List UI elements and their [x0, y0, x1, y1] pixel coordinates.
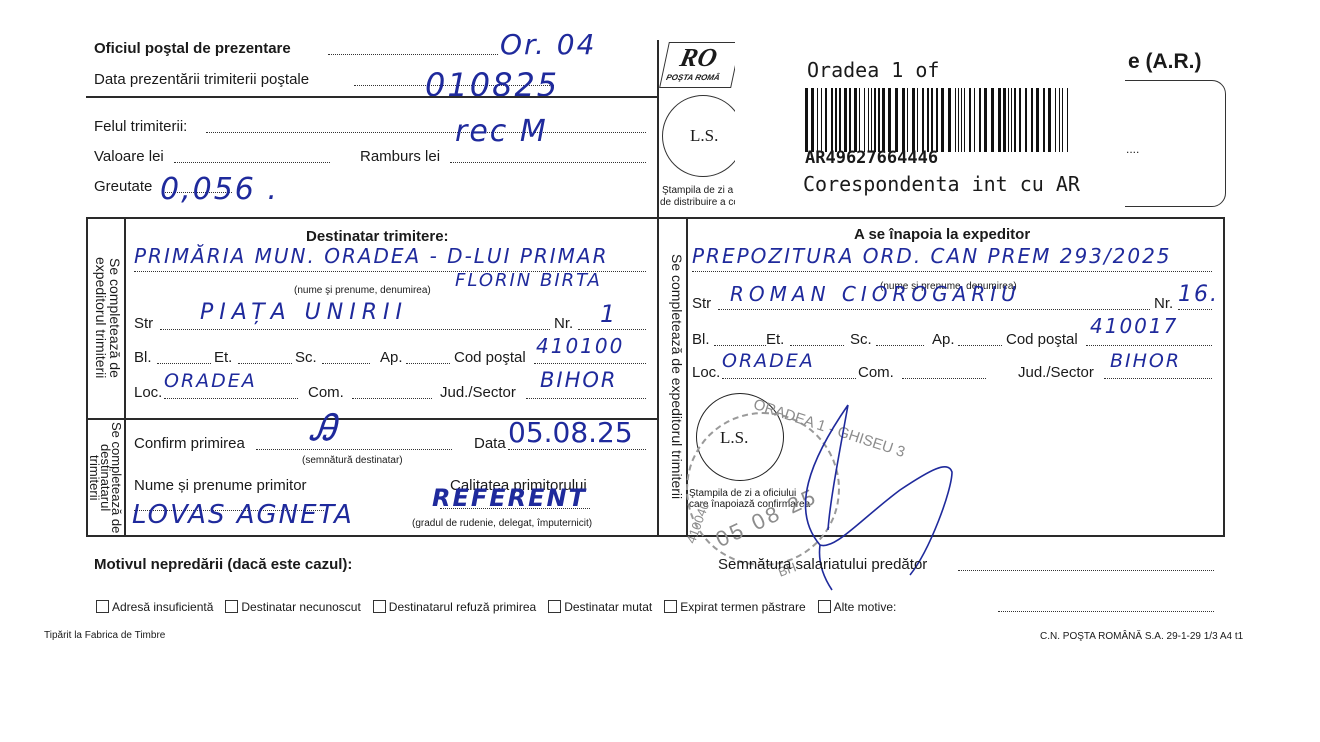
sender-street-label: Str — [692, 295, 711, 312]
sender-postal-label: Cod poştal — [1006, 331, 1078, 348]
distribution-stamp-ls: L.S. — [690, 126, 718, 146]
sticker-office: Oradea 1 of — [807, 58, 939, 82]
tracking-number: AR49627664446 — [805, 148, 938, 168]
recipient-county-value: BIHOR — [540, 368, 618, 392]
item-type-label: Felul trimiterii: — [94, 118, 187, 135]
post-office-label: Oficiul poştal de prezentare — [94, 40, 291, 57]
checkbox-icon[interactable] — [548, 600, 561, 613]
form-code: C.N. POŞTA ROMÂNĂ S.A. 29-1-29 1/3 A4 t1 — [1040, 631, 1243, 642]
recipient-locality-field[interactable] — [164, 398, 298, 399]
recipient-floor-label: Et. — [214, 349, 232, 366]
header-divider — [657, 40, 659, 218]
recipient-name-caption: (nume şi prenume, denumirea) — [294, 285, 431, 296]
recipient-commune-field[interactable] — [352, 398, 432, 399]
quality-caption: (gradul de rudenie, delegat, împuternici… — [412, 518, 592, 529]
reason-refused[interactable]: Destinatarul refuză primirea — [373, 600, 536, 614]
date-value: 05.08.25 — [508, 416, 633, 449]
checkbox-icon[interactable] — [818, 600, 831, 613]
checkbox-icon[interactable] — [225, 600, 238, 613]
item-type-value: rec M — [455, 114, 548, 149]
sender-side-label: Se completează de expeditorul trimiterii — [662, 222, 684, 532]
recipient-side-label: Se completează de expeditorul trimiterii — [90, 222, 122, 414]
employee-signature-label: Semnătura salariatului predător — [718, 556, 927, 573]
sender-number-value: 16. — [1178, 282, 1219, 307]
date-label: Data — [474, 435, 506, 452]
recipient-locality-value: ORADEA — [164, 370, 257, 392]
value-field-line[interactable] — [174, 162, 330, 163]
reason-moved[interactable]: Destinatar mutat — [548, 600, 652, 614]
sender-floor-field[interactable] — [790, 345, 844, 346]
sender-commune-field[interactable] — [902, 378, 986, 379]
sender-stair-field[interactable] — [876, 345, 924, 346]
sticker-service: Corespondenta int cu AR — [803, 172, 1080, 196]
weight-value: 0,056 . — [160, 172, 279, 207]
middle-divider — [657, 217, 659, 537]
dotted-fragment: .... — [1126, 142, 1139, 156]
employee-signature-field[interactable] — [958, 570, 1214, 571]
recipient-postal-label: Cod poştal — [454, 349, 526, 366]
sender-block-label: Bl. — [692, 331, 710, 348]
reason-label: Alte motive: — [834, 600, 897, 614]
side-label-divider-left — [124, 217, 126, 537]
divider — [86, 96, 658, 98]
recipient-floor-field[interactable] — [238, 363, 292, 364]
reason-label: Destinatar necunoscut — [241, 600, 360, 614]
sender-commune-label: Com. — [858, 364, 894, 381]
sender-stair-label: Sc. — [850, 331, 872, 348]
cod-field-line[interactable] — [450, 162, 646, 163]
recipient-county-field[interactable] — [526, 398, 646, 399]
checkbox-icon[interactable] — [96, 600, 109, 613]
sender-name-field[interactable] — [692, 271, 1212, 272]
recipient-street-label: Str — [134, 315, 153, 332]
non-delivery-reasons: Adresă insuficientăDestinatar necunoscut… — [96, 598, 908, 616]
reason-label: Adresă insuficientă — [112, 600, 213, 614]
sender-county-value: BIHOR — [1110, 350, 1181, 372]
recipient-number-value: 1 — [600, 300, 617, 328]
posta-romana-logo: RO POŞTA ROMÂ — [659, 42, 741, 88]
sender-locality-field[interactable] — [722, 378, 856, 379]
post-office-field-line[interactable] — [328, 54, 498, 55]
sender-apt-label: Ap. — [932, 331, 955, 348]
recipient-block-field[interactable] — [157, 363, 211, 364]
signature-caption: (semnătură destinatar) — [302, 455, 403, 466]
recipient-locality-label: Loc. — [134, 384, 162, 401]
printer-note: Tipărit la Fabrica de Timbre — [44, 630, 165, 641]
sender-floor-label: Et. — [766, 331, 784, 348]
reason-unknown-recipient[interactable]: Destinatar necunoscut — [225, 600, 360, 614]
weight-label: Greutate — [94, 178, 152, 195]
recipient-county-label: Jud./Sector — [440, 384, 516, 401]
sender-locality-value: ORADEA — [722, 350, 815, 372]
recipient-signature: Ꭿ — [310, 408, 338, 450]
receiver-name-value: LOVAS AGNETA — [132, 500, 354, 530]
sender-county-field[interactable] — [1104, 378, 1212, 379]
value-label: Valoare lei — [94, 148, 164, 165]
date-field[interactable] — [508, 449, 646, 450]
item-type-field-line[interactable] — [206, 132, 646, 133]
recipient-name-line2: FLORIN BIRTA — [455, 270, 602, 291]
reason-expired[interactable]: Expirat termen păstrare — [664, 600, 805, 614]
recipient-street-field[interactable] — [160, 329, 550, 330]
sender-postal-value: 410017 — [1090, 314, 1178, 338]
sender-street-value: ROMAN CIOROGARIU — [730, 282, 1021, 306]
confirm-signature-field[interactable] — [256, 449, 452, 450]
sender-number-field[interactable] — [1178, 309, 1212, 310]
sender-number-label: Nr. — [1154, 295, 1173, 312]
logo-text: POŞTA ROMÂ — [665, 73, 720, 82]
recipient-number-label: Nr. — [554, 315, 573, 332]
reason-label: Expirat termen păstrare — [680, 600, 805, 614]
recipient-street-value: PIAȚA UNIRII — [200, 300, 408, 325]
reason-other[interactable]: Alte motive: — [818, 600, 897, 614]
non-delivery-title: Motivul nepredării (dacă este cazul): — [94, 556, 352, 573]
presentation-date-value: 010825 — [425, 66, 559, 104]
recipient-stair-field[interactable] — [322, 363, 370, 364]
receiver-name-label: Nume și prenume primitor — [134, 477, 307, 494]
recipient-apt-field[interactable] — [406, 363, 450, 364]
sender-street-field[interactable] — [718, 309, 1150, 310]
reason-label: Destinatarul refuză primirea — [389, 600, 536, 614]
confirmation-side-label: Se completează de destinatarul trimiteri… — [90, 422, 122, 534]
sender-postal-field[interactable] — [1086, 345, 1212, 346]
recipient-commune-label: Com. — [308, 384, 344, 401]
reason-label: Destinatar mutat — [564, 600, 652, 614]
cod-label: Ramburs lei — [360, 148, 440, 165]
recipient-apt-label: Ap. — [380, 349, 403, 366]
recipient-block-label: Bl. — [134, 349, 152, 366]
sender-county-label: Jud./Sector — [1018, 364, 1094, 381]
sender-locality-label: Loc. — [692, 364, 720, 381]
logo-mark: RO — [677, 43, 720, 73]
sender-block-field[interactable] — [714, 345, 766, 346]
sender-apt-field[interactable] — [958, 345, 1002, 346]
sender-name-value: PREPOZITURA ORD. CAN PREM 293/2025 — [692, 244, 1172, 268]
presentation-date-label: Data prezentării trimiterii poştale — [94, 71, 309, 88]
confirm-label: Confirm primirea — [134, 435, 245, 452]
post-office-value: Or. 04 — [500, 28, 596, 61]
barcode-sticker: Oradea 1 of AR49627664446 Corespondenta … — [735, 36, 1125, 208]
form-title: e (A.R.) — [1126, 50, 1202, 74]
recipient-postal-field[interactable] — [534, 363, 646, 364]
barcode — [805, 88, 1075, 152]
recipient-title: Destinatar trimitere: — [306, 228, 449, 245]
recipient-name-line1: PRIMĂRIA MUN. ORADEA - D-LUI PRIMAR — [134, 244, 609, 268]
recipient-number-field[interactable] — [578, 329, 646, 330]
recipient-stair-label: Sc. — [295, 349, 317, 366]
sender-title: A se înapoia la expeditor — [854, 226, 1030, 243]
checkbox-icon[interactable] — [373, 600, 386, 613]
checkbox-icon[interactable] — [664, 600, 677, 613]
other-reason-field[interactable] — [998, 611, 1214, 612]
recipient-postal-value: 410100 — [536, 334, 624, 358]
receiver-quality-value: REFERENT — [432, 484, 587, 512]
reason-insufficient-address[interactable]: Adresă insuficientă — [96, 600, 213, 614]
